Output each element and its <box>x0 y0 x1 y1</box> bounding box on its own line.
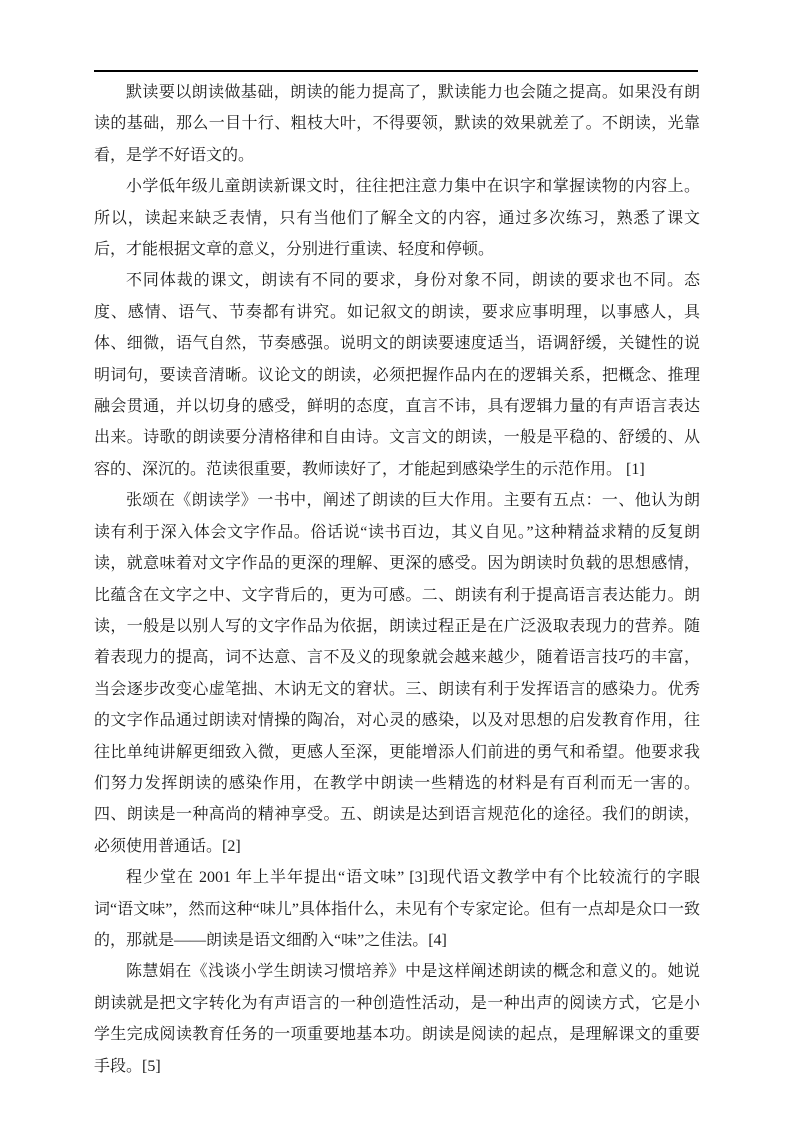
paragraph-zhangsong-five-points: 张颂在《朗读学》一书中，阐述了朗读的巨大作用。主要有五点：一、他认为朗读有利于深… <box>94 485 700 862</box>
paragraph-chengshaotang-yuwenwei: 程少堂在 2001 年上半年提出“语文味” [3]现代语文教学中有个比较流行的字… <box>94 862 700 956</box>
header-divider <box>94 70 698 72</box>
paragraph-chenhuijuan-definition: 陈慧娟在《浅谈小学生朗读习惯培养》中是这样阐述朗读的概念和意义的。她说朗读就是把… <box>94 956 700 1082</box>
document-body: 默读要以朗读做基础，朗读的能力提高了，默读能力也会随之提高。如果没有朗读的基础，… <box>94 77 700 1082</box>
paragraph-genre-requirements: 不同体裁的课文，朗读有不同的要求，身份对象不同，朗读的要求也不同。态度、感情、语… <box>94 265 700 485</box>
document-page: 默读要以朗读做基础，朗读的能力提高了，默读能力也会随之提高。如果没有朗读的基础，… <box>0 0 793 1122</box>
paragraph-young-children: 小学低年级儿童朗读新课文时，往往把注意力集中在识字和掌握读物的内容上。所以，读起… <box>94 171 700 265</box>
paragraph-silent-reading: 默读要以朗读做基础，朗读的能力提高了，默读能力也会随之提高。如果没有朗读的基础，… <box>94 77 700 171</box>
